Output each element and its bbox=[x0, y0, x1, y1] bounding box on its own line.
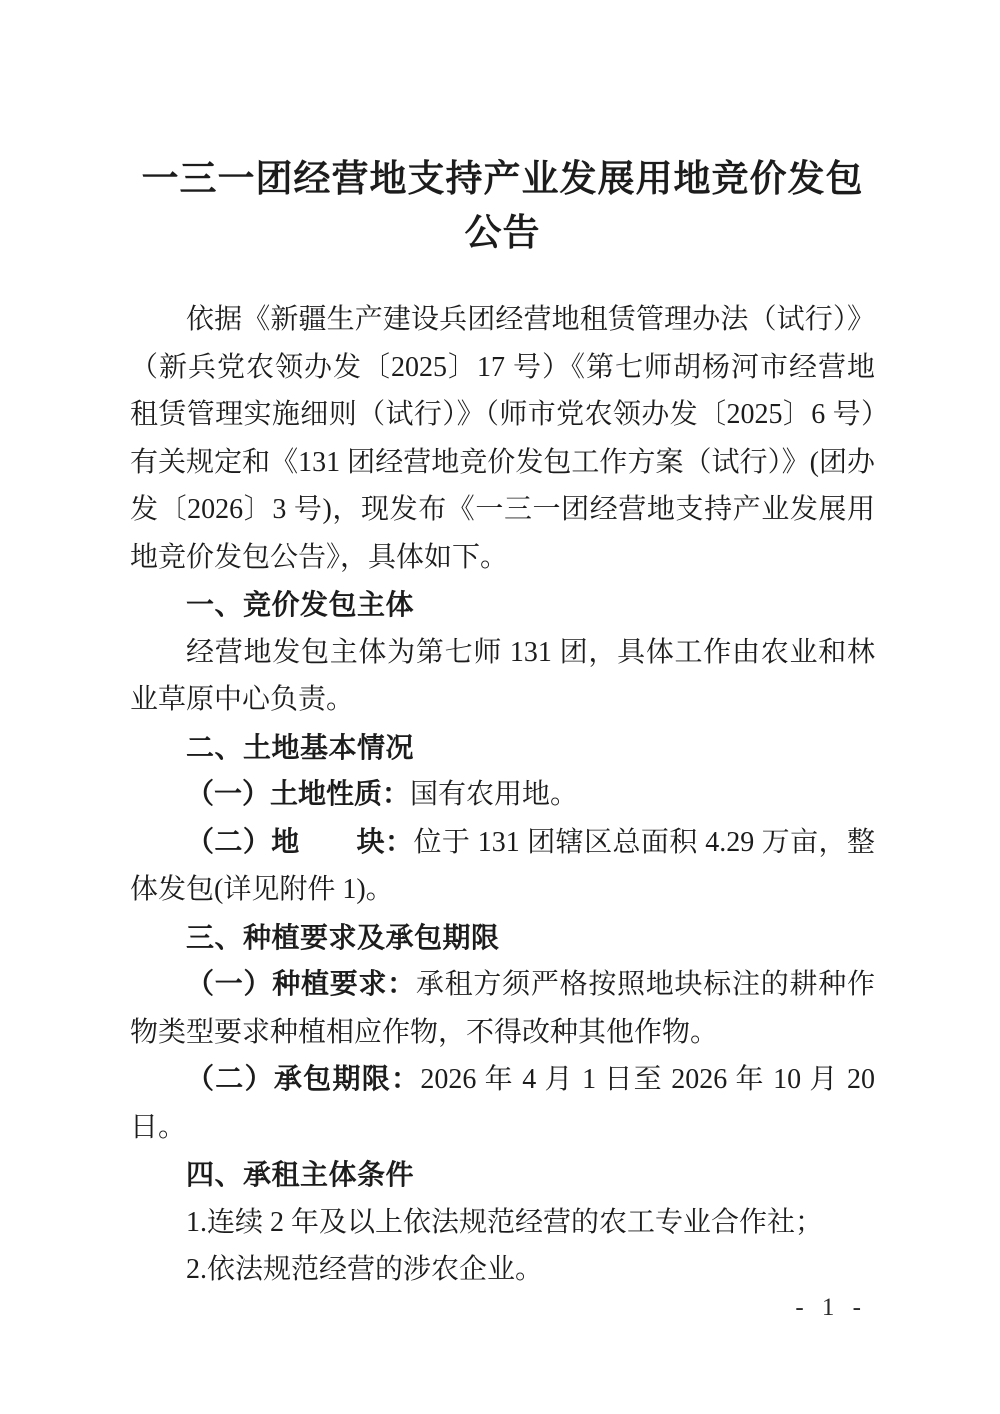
section-2-heading: 二、土地基本情况 bbox=[130, 724, 875, 772]
section-3-item-2-label: （二）承包期限： bbox=[186, 1064, 420, 1095]
section-1-heading: 一、竞价发包主体 bbox=[130, 581, 875, 629]
section-3-item-1-label: （一）种植要求： bbox=[186, 969, 416, 1000]
section-4-item-2: 2.依法规范经营的涉农企业。 bbox=[130, 1246, 875, 1294]
section-3-item-2: （二）承包期限：2026 年 4 月 1 日至 2026 年 10 月 20 日… bbox=[130, 1056, 875, 1151]
section-2-item-2-label: （二）地 块： bbox=[186, 827, 413, 858]
section-2-item-1-label: （一）土地性质： bbox=[186, 779, 410, 810]
intro-paragraph: 依据《新疆生产建设兵团经营地租赁管理办法（试行）》（新兵党农领办发〔2025〕1… bbox=[130, 296, 875, 581]
section-4-heading: 四、承租主体条件 bbox=[130, 1151, 875, 1199]
document-title: 一三一团经营地支持产业发展用地竞价发包 公告 bbox=[130, 152, 875, 260]
page-number: - 1 - bbox=[795, 1294, 867, 1322]
section-2-item-2: （二）地 块：位于 131 团辖区总面积 4.29 万亩，整体发包(详见附件 1… bbox=[130, 819, 875, 914]
section-2-item-1: （一）土地性质：国有农用地。 bbox=[130, 771, 875, 819]
section-2-item-1-text: 国有农用地。 bbox=[410, 779, 578, 810]
document-page: 一三一团经营地支持产业发展用地竞价发包 公告 依据《新疆生产建设兵团经营地租赁管… bbox=[0, 0, 1000, 1414]
document-title-line1: 一三一团经营地支持产业发展用地竞价发包 bbox=[130, 152, 875, 206]
section-4-item-1: 1.连续 2 年及以上依法规范经营的农工专业合作社； bbox=[130, 1199, 875, 1247]
section-3-item-1: （一）种植要求：承租方须严格按照地块标注的耕种作物类型要求种植相应作物，不得改种… bbox=[130, 961, 875, 1056]
section-3-heading: 三、种植要求及承包期限 bbox=[130, 914, 875, 962]
document-title-line2: 公告 bbox=[130, 206, 875, 260]
section-1-body: 经营地发包主体为第七师 131 团，具体工作由农业和林业草原中心负责。 bbox=[130, 629, 875, 724]
document-content: 一三一团经营地支持产业发展用地竞价发包 公告 依据《新疆生产建设兵团经营地租赁管… bbox=[130, 152, 875, 1294]
